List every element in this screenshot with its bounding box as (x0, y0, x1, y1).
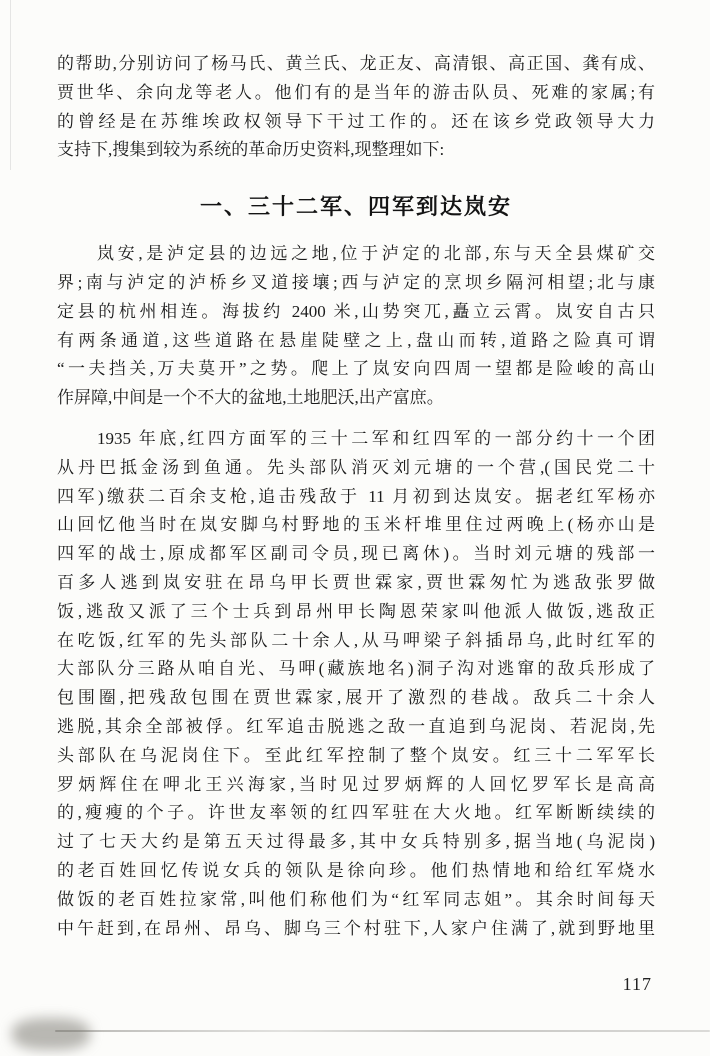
text-line: 的老百姓回忆传说女兵的领队是徐向珍。他们热情地和给红军烧水 (57, 857, 655, 886)
text-line: 四军)缴获二百余支枪,追击残敌于 11 月初到达岚安。据老红军杨亦 (57, 483, 655, 512)
text-line: 的,瘦瘦的个子。许世友率领的红四军驻在大火地。红军断断续续的 (57, 799, 655, 828)
text-line: 的帮助,分别访问了杨马氏、黄兰氏、龙正友、高清银、高正国、龚有成、 (57, 50, 655, 79)
text-line: 支持下,搜集到较为系统的革命历史资料,现整理如下: (57, 136, 655, 165)
book-page: 的帮助,分别访问了杨马氏、黄兰氏、龙正友、高清银、高正国、龚有成、贾世华、余向龙… (0, 0, 710, 1056)
text-line: 罗炳辉住在呷北王兴海家,当时见过罗炳辉的人回忆罗军长是高高 (57, 771, 655, 800)
text-line: 从丹巴抵金汤到鱼通。先头部队消灭刘元塘的一个营,(国民党二十 (57, 454, 655, 483)
text-line: 贾世华、余向龙等老人。他们有的是当年的游击队员、死难的家属;有 (57, 79, 655, 108)
text-line: 有两条通道,这些道路在悬崖陡壁之上,盘山而转,道路之险真可谓 (57, 327, 655, 356)
text-block: 的帮助,分别访问了杨马氏、黄兰氏、龙正友、高清银、高正国、龚有成、贾世华、余向龙… (57, 50, 655, 995)
text-line: 在吃饭,红军的先头部队二十余人,从马呷梁子斜插昂乌,此时红军的 (57, 627, 655, 656)
text-line: 界;南与泸定的泸桥乡叉道接壤;西与泸定的烹坝乡隔河相望;北与康 (57, 269, 655, 298)
text-line: 岚安,是泸定县的边远之地,位于泸定的北部,东与天全县煤矿交 (57, 240, 655, 269)
paragraph-1935-arrival: 1935 年底,红四方面军的三十二军和红四军的一部分约十一个团从丹巴抵金汤到鱼通… (57, 425, 655, 943)
text-line: 逃脱,其余全部被俘。红军追击脱逃之敌一直追到乌泥岗、若泥岗,先 (57, 713, 655, 742)
paragraph-lanan-intro: 岚安,是泸定县的边远之地,位于泸定的北部,东与天全县煤矿交界;南与泸定的泸桥乡叉… (57, 240, 655, 413)
scan-artifact-corner-smudge (12, 1018, 90, 1050)
text-line: 饭,逃敌又派了三个士兵到昂州甲长陶恩荣家叫他派人做饭,逃敌正 (57, 598, 655, 627)
text-line: 的曾经是在苏维埃政权领导下干过工作的。还在该乡党政领导大力 (57, 108, 655, 137)
scan-artifact-bottom-streak (55, 1030, 710, 1032)
text-line: 四军的战士,原成都军区副司令员,现已离休)。当时刘元塘的残部一 (57, 540, 655, 569)
text-line: 作屏障,中间是一个不大的盆地,土地肥沃,出产富庶。 (57, 384, 655, 413)
text-line: 头部队在乌泥岗住下。至此红军控制了整个岚安。红三十二军军长 (57, 742, 655, 771)
page-number: 117 (57, 974, 655, 995)
paragraph-continuation: 的帮助,分别访问了杨马氏、黄兰氏、龙正友、高清银、高正国、龚有成、贾世华、余向龙… (57, 50, 655, 165)
text-line: 百多人逃到岚安驻在昂乌甲长贾世霖家,贾世霖匆忙为逃敌张罗做 (57, 569, 655, 598)
text-line: 过了七天大约是第五天过得最多,其中女兵特别多,据当地(乌泥岗) (57, 828, 655, 857)
text-line: 定县的杭州相连。海拔约 2400 米,山势突兀,矗立云霄。岚安自古只 (57, 298, 655, 327)
section-heading: 一、三十二军、四军到达岚安 (57, 190, 655, 221)
text-line: 包围圈,把残敌包围在贾世霖家,展开了激烈的巷战。敌兵二十余人 (57, 684, 655, 713)
scan-artifact-left-edge (10, 0, 11, 170)
text-line: 1935 年底,红四方面军的三十二军和红四军的一部分约十一个团 (57, 425, 655, 454)
text-line: 中午赶到,在昂州、昂乌、脚乌三个村驻下,人家户住满了,就到野地里 (57, 915, 655, 944)
text-line: 山回忆他当时在岚安脚乌村野地的玉米杆堆里住过两晚上(杨亦山是 (57, 511, 655, 540)
text-line: 大部队分三路从咱自光、马呷(藏族地名)洞子沟对逃窜的敌兵形成了 (57, 655, 655, 684)
text-line: “一夫挡关,万夫莫开”之势。爬上了岚安向四周一望都是险峻的高山 (57, 355, 655, 384)
text-line: 做饭的老百姓拉家常,叫他们称他们为“红军同志姐”。其余时间每天 (57, 886, 655, 915)
